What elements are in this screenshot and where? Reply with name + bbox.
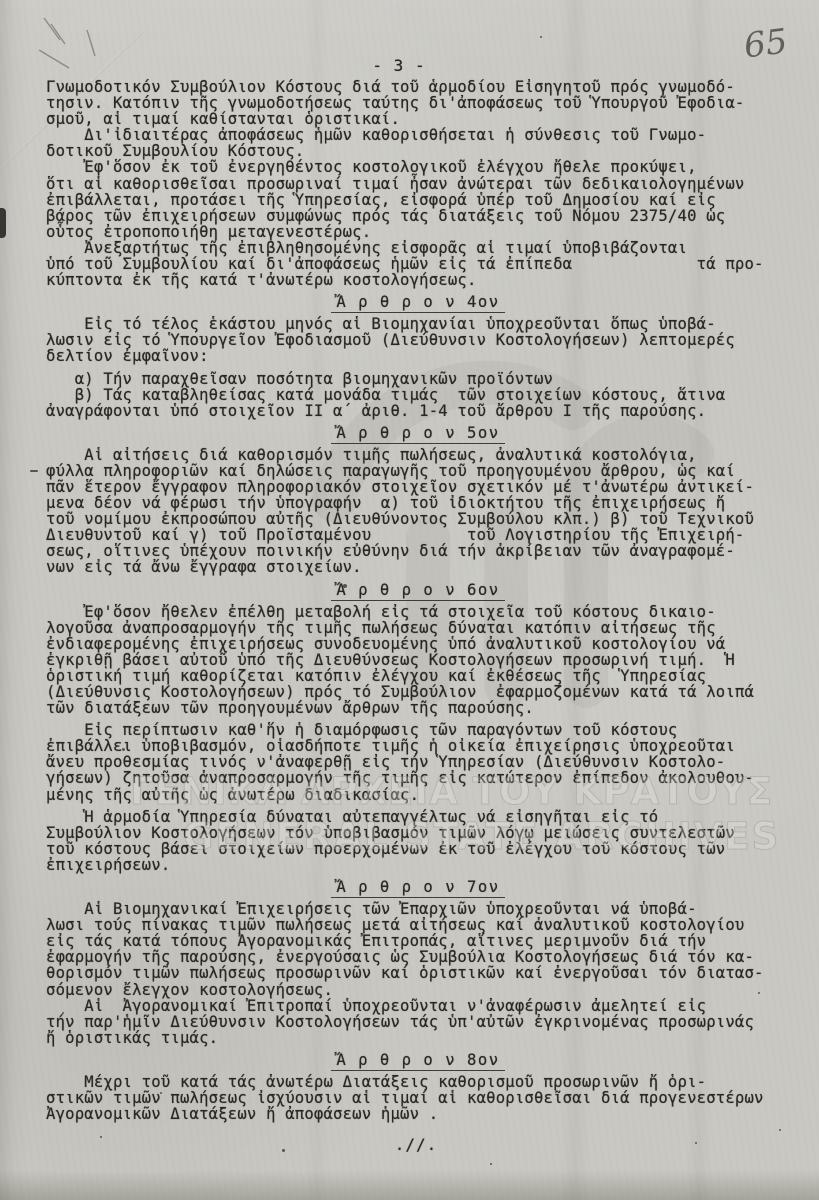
article-heading-text: Ἄ ρ θ ρ ο ν 4ον bbox=[331, 293, 504, 313]
text-line: λωσι τούς πίνακας τιμῶν πωλήσεως μετά αἰ… bbox=[46, 917, 786, 933]
text-line: γήσεων) ζητοῦσα ἀναπροσαρμογήν τῆς τιμῆς… bbox=[46, 770, 786, 786]
text-line: στικῶν τιμῶν πωλήσεως ἰσχύουσιν αἱ τιμαί… bbox=[46, 1090, 786, 1106]
paragraph: Ἐφ'ὅσον ἐκ τοῦ ἐνεργηθέντος κοστολογικοῦ… bbox=[46, 159, 786, 239]
text-line: ἐπιχειρήσεων. bbox=[46, 857, 786, 873]
text-line: ἐγκριθῇ βάσει αὐτοῦ ὑπό τῆς Διευθύνσεως … bbox=[46, 652, 786, 668]
end-mark: .//. bbox=[46, 1135, 786, 1154]
text-line: οὗτος ἐτροποποιήθη μεταγενεστέρως. bbox=[46, 224, 786, 240]
scan-edge-mark bbox=[0, 208, 6, 238]
paragraph: Εἰς τό τέλος ἑκάστου μηνός αἱ Βιομηχανία… bbox=[46, 316, 786, 364]
page-number: - 3 - bbox=[46, 56, 752, 75]
article-heading-text: Ἄ ρ θ ρ ο ν 5ον bbox=[331, 424, 504, 444]
text-line: τοῦ κόστους βάσει στοιχείων προερχομένων… bbox=[46, 841, 786, 857]
text-line: α) Τήν παραχθεῖσαν ποσότητα βιομηχανικῶν… bbox=[46, 371, 786, 387]
text-line: εἰς τάς κατά τόπους Ἀγορανομικάς Ἐπιτροπ… bbox=[46, 933, 786, 949]
article-heading-text: Ἄ ρ θ ρ ο ν 8ον bbox=[331, 1051, 504, 1071]
text-line: Μέχρι τοῦ κατά τάς ἀνωτέρω Διατάξεις καθ… bbox=[46, 1074, 786, 1090]
text-line: Εἰς τό τέλος ἑκάστου μηνός αἱ Βιομηχανία… bbox=[46, 316, 786, 332]
text-line: λωσιν εἰς τό Ὑπουργεῖον Ἐφοδιασμοῦ (Διεύ… bbox=[46, 332, 786, 348]
text-line: Ἐφ'ὅσον ἐκ τοῦ ἐνεργηθέντος κοστολογικοῦ… bbox=[46, 159, 786, 175]
text-line: ὁριστική τιμή καθορίζεται κατόπιν ἐλέγχο… bbox=[46, 668, 786, 684]
text-line: Αἱ Ἀγορανομικαί Ἐπιτροπαί ὑποχρεοῦνται ν… bbox=[46, 998, 786, 1014]
text-line: νων εἰς τά ἄνω ἔγγραφα στοιχείων. bbox=[46, 559, 786, 575]
text-line: σμοῦ, αἱ τιμαί καθίστανται ὁριστικαί. bbox=[46, 111, 786, 127]
text-line: κύπτοντα ἐκ τῆς κατά τ'ἀνωτέρω κοστολογή… bbox=[46, 272, 786, 288]
text-line: μενα δέον νά φέρωσι τήν ὑπογραφήν α) τοῦ… bbox=[46, 495, 786, 511]
text-line: σόμενον ἔλεγχον κοστολογήσεως. bbox=[46, 982, 786, 998]
article-heading: Ἄ ρ θ ρ ο ν 7ον bbox=[50, 879, 786, 896]
text-line: Αἱ αἰτήσεις διά καθορισμόν τιμῆς πωλήσεω… bbox=[46, 447, 786, 463]
text-line: θορισμόν τιμῶν πωλήσεως προσωρινῶν καί ὁ… bbox=[46, 965, 786, 981]
text-line: τήν παρ'ἡμῖν Διεύθυνσιν Κοστολογήσεων τά… bbox=[46, 1014, 786, 1030]
text-line: φύλλα πληροφοριῶν καί δηλώσεις παραγωγῆς… bbox=[46, 463, 786, 479]
text-line: ὅτι αἱ καθορισθεῖσαι προσωριναί τιμαί ἦσ… bbox=[46, 176, 786, 192]
text-line: πᾶν ἕτερον ἔγγραφον πληροφοριακόν στοιχε… bbox=[46, 479, 786, 495]
text-line: λογοῦσα ἀναπροσαρμογήν τῆς τιμῆς πωλήσεω… bbox=[46, 620, 786, 636]
paragraph: α) Τήν παραχθεῖσαν ποσότητα βιομηχανικῶν… bbox=[46, 371, 786, 419]
text-line: δελτίον ἐμφαῖνον: bbox=[46, 348, 786, 364]
text-line: Γνωμοδοτικόν Συμβούλιον Κόστους διά τοῦ … bbox=[46, 79, 786, 95]
text-line: ὑπό τοῦ Συμβουλίου καί δι'ἀποφάσεως ἡμῶν… bbox=[46, 256, 786, 272]
paragraph: Μέχρι τοῦ κατά τάς ἀνωτέρω Διατάξεις καθ… bbox=[46, 1074, 786, 1122]
text-line: τῶν διατάξεων τῶν προηγουμένων ἄρθρων τῆ… bbox=[46, 700, 786, 716]
text-line: βάρος τῶν ἐπιχειρήσεων συμφώνως πρός τάς… bbox=[46, 208, 786, 224]
text-line: Δι'ἰδιαιτέρας ἀποφάσεως ἡμῶν καθορισθήσε… bbox=[46, 127, 786, 143]
paragraph: Ἐφ'ὅσον ἤθελεν ἐπέλθη μεταβολή εἰς τά στ… bbox=[46, 604, 786, 717]
text-line: ἤ ὁριστικάς τιμάς. bbox=[46, 1030, 786, 1046]
paragraph: Ἀνεξαρτήτως τῆς ἐπιβληθησομένης εἰσφορᾶς… bbox=[46, 240, 786, 288]
paragraph: Ἡ ἁρμοδία Ὑπηρεσία δύναται αὐτεπαγγέλτως… bbox=[46, 809, 786, 873]
text-line: ἐπιβάλλεται, προτάσει τῆς Ὑπηρεσίας, εἰσ… bbox=[46, 192, 786, 208]
article-heading: Ἄ ρ θ ρ ο ν 4ον bbox=[50, 294, 786, 311]
paragraph: Γνωμοδοτικόν Συμβούλιον Κόστους διά τοῦ … bbox=[46, 79, 786, 127]
text-line: (Διεύθυνσις Κοστολογήσεων) πρός τό Συμβο… bbox=[46, 684, 786, 700]
text-line: ἐπιβάλλει ὑποβιβασμόν, οἱασδήποτε τιμῆς … bbox=[46, 738, 786, 754]
article-heading: Ἄ ρ θ ρ ο ν 6ον bbox=[50, 582, 786, 599]
text-line: Ἐφ'ὅσον ἤθελεν ἐπέλθη μεταβολή εἰς τά στ… bbox=[46, 604, 786, 620]
text-line: Διευθυντοῦ καί γ) τοῦ Προϊσταμένου τοῦ Λ… bbox=[46, 527, 786, 543]
text-line: ἐνδιαφερομένης ἐπιχειρήσεως συνοδευομένη… bbox=[46, 636, 786, 652]
paragraph: Αἱ αἰτήσεις διά καθορισμόν τιμῆς πωλήσεω… bbox=[46, 447, 786, 576]
paragraph: Δι'ἰδιαιτέρας ἀποφάσεως ἡμῶν καθορισθήσε… bbox=[46, 127, 786, 159]
text-line: Συμβούλιον Κοστολογήσεων τόν ὑποβιβασμόν… bbox=[46, 825, 786, 841]
article-heading-text: Ἄ ρ θ ρ ο ν 7ον bbox=[331, 878, 504, 898]
article-heading: Ἄ ρ θ ρ ο ν 8ον bbox=[50, 1052, 786, 1069]
text-line: ἀναγράφονται ὑπό στοιχεῖον ΙΙ α΄ ἀριθ. 1… bbox=[46, 403, 786, 419]
text-line: Εἰς περίπτωσιν καθ'ἥν ἡ διαμόρφωσις τῶν … bbox=[46, 722, 786, 738]
scanned-document-page: ΓΕΝΙΚΑ ΑΡΧΕΙΑ ΤΟΥ ΚΡΑΤΟΥΣ GENERAL STATE … bbox=[0, 0, 819, 1200]
text-line: Ἀγορανομικῶν Διατάξεων ἤ ἀποφάσεων ἡμῶν … bbox=[46, 1106, 786, 1122]
text-line: Ἀνεξαρτήτως τῆς ἐπιβληθησομένης εἰσφορᾶς… bbox=[46, 240, 786, 256]
paragraph: Αἱ Ἀγορανομικαί Ἐπιτροπαί ὑποχρεοῦνται ν… bbox=[46, 998, 786, 1046]
text-line: μένης τῆς αὐτῆς ὡς ἀνωτέρω διαδικασίας. bbox=[46, 787, 786, 803]
paragraph: Εἰς περίπτωσιν καθ'ἥν ἡ διαμόρφωσις τῶν … bbox=[46, 722, 786, 802]
document-body: Γνωμοδοτικόν Συμβούλιον Κόστους διά τοῦ … bbox=[46, 79, 786, 1154]
article-heading-text: Ἄ ρ θ ρ ο ν 6ον bbox=[331, 581, 504, 601]
text-line: τοῦ νομίμου ἐκπροσώπου αὐτῆς (Διευθύνοντ… bbox=[46, 511, 786, 527]
article-heading: Ἄ ρ θ ρ ο ν 5ον bbox=[50, 425, 786, 442]
paragraph: Αἱ Βιομηχανικαί Ἐπιχειρήσεις τῶν Ἐπαρχιῶ… bbox=[46, 901, 786, 998]
text-line: β) Τάς καταβληθείσας κατά μονάδα τιμάς τ… bbox=[46, 387, 786, 403]
text-line: τησιν. Κατόπιν τῆς γνωμοδοτήσεως ταύτης … bbox=[46, 95, 786, 111]
text-line: Αἱ Βιομηχανικαί Ἐπιχειρήσεις τῶν Ἐπαρχιῶ… bbox=[46, 901, 786, 917]
text-line: ἐφαρμογήν τῆς παρούσης, ἐνεργούσαις ὡς Σ… bbox=[46, 949, 786, 965]
text-line: Ἡ ἁρμοδία Ὑπηρεσία δύναται αὐτεπαγγέλτως… bbox=[46, 809, 786, 825]
